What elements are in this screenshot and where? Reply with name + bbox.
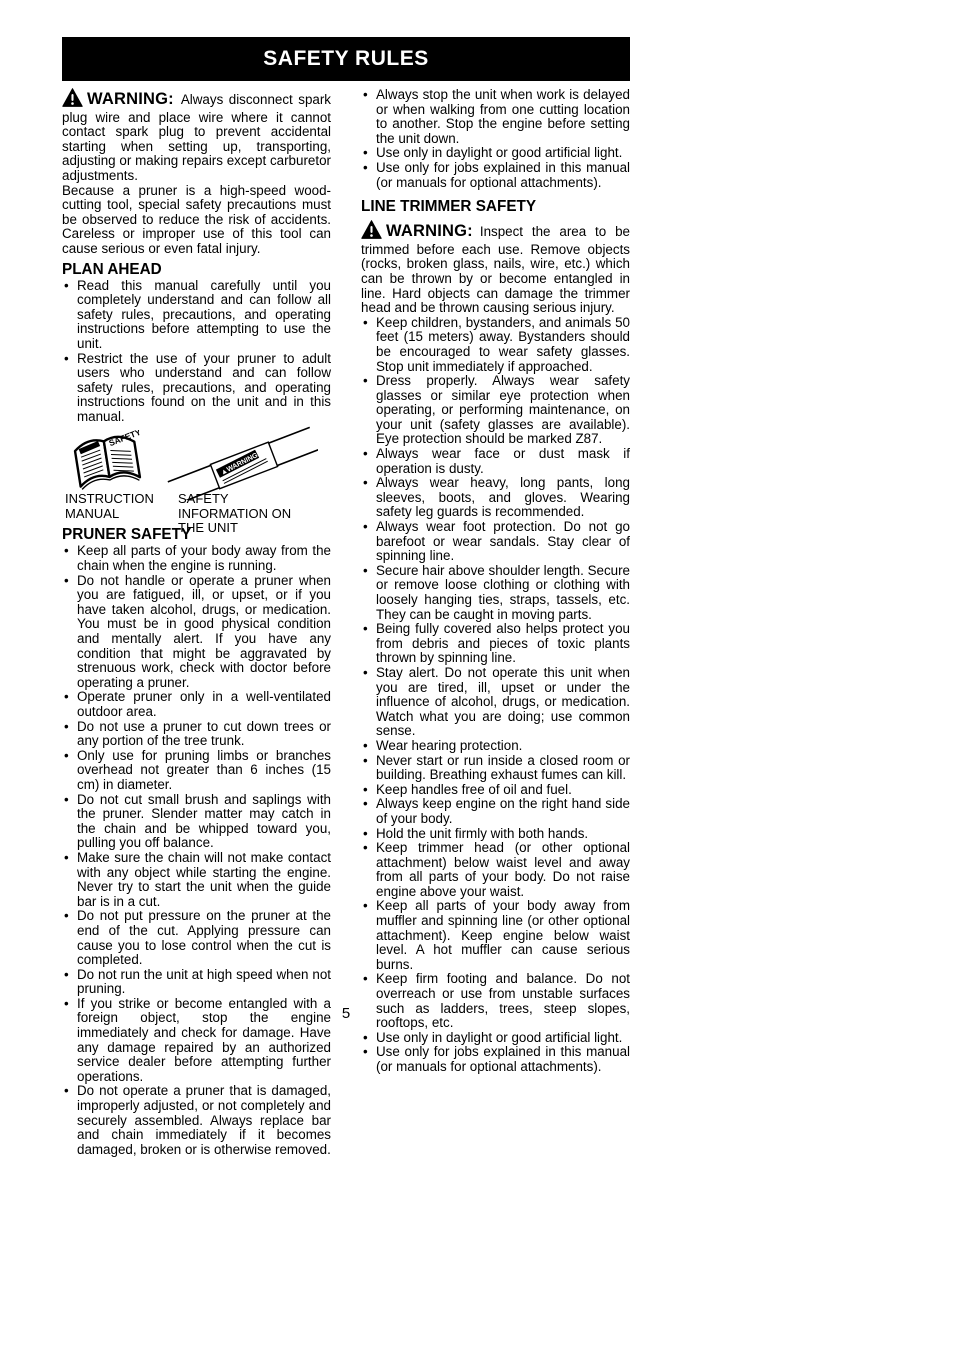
warning-label: WARNING: — [386, 222, 473, 240]
warning-triangle-icon — [62, 88, 83, 111]
bullet-item: Use only for jobs explained in this manu… — [361, 161, 630, 190]
bullet-item: Read this manual carefully until you com… — [62, 279, 331, 352]
bullet-item: Hold the unit firmly with both hands. — [361, 827, 630, 842]
figure-caption-safety-information: SAFETY INFORMATION ON THE UNIT — [178, 492, 320, 536]
bullet-item: Always stop the unit when work is delaye… — [361, 88, 630, 146]
left-column: WARNING:Always disconnect spark plug wir… — [62, 88, 331, 1157]
list-plan-ahead: Read this manual carefully until you com… — [62, 279, 331, 425]
bullet-item: Keep all parts of your body away from mu… — [361, 899, 630, 972]
bullet-item: Keep handles free of oil and fuel. — [361, 783, 630, 798]
bullet-item: Operate pruner only in a well-ventilated… — [62, 690, 331, 719]
bullet-item: Always wear foot protection. Do not go b… — [361, 520, 630, 564]
bullet-item: Do not run the unit at high speed when n… — [62, 968, 331, 997]
bullet-item: Do not handle or operate a pruner when y… — [62, 574, 331, 691]
list-line-trimmer-safety: Keep children, bystanders, and animals 5… — [361, 316, 630, 1075]
bullet-item: Do not put pressure on the pruner at the… — [62, 909, 331, 967]
list-pruner-safety: Keep all parts of your body away from th… — [62, 544, 331, 1157]
warning-label: WARNING: — [87, 90, 174, 108]
bullet-item: Use only in daylight or good artificial … — [361, 146, 630, 161]
figure-row: SAFETY — [62, 430, 331, 522]
list-pruner-safety-continued: Always stop the unit when work is delaye… — [361, 88, 630, 190]
bullet-item: Do not use a pruner to cut down trees or… — [62, 720, 331, 749]
right-column: Always stop the unit when work is delaye… — [361, 88, 630, 1157]
bullet-item: Always wear face or dust mask if operati… — [361, 447, 630, 476]
bullet-item: Do not cut small brush and saplings with… — [62, 793, 331, 851]
page-title: SAFETY RULES — [263, 47, 428, 71]
bullet-item: Restrict the use of your pruner to adult… — [62, 352, 331, 425]
bullet-item: Keep trimmer head (or other optional att… — [361, 841, 630, 899]
bullet-item: Only use for pruning limbs or branches o… — [62, 749, 331, 793]
bullet-item: Being fully covered also helps protect y… — [361, 622, 630, 666]
bullet-item: Stay alert. Do not operate this unit whe… — [361, 666, 630, 739]
bullet-item: Do not operate a pruner that is damaged,… — [62, 1084, 331, 1157]
figure-caption-instruction-manual: INSTRUCTION MANUAL — [65, 492, 160, 521]
two-column-layout: WARNING:Always disconnect spark plug wir… — [62, 88, 630, 1157]
bullet-item: Always wear heavy, long pants, long slee… — [361, 476, 630, 520]
warning-triangle-icon — [361, 220, 382, 243]
bullet-item: Dress properly. Always wear safety glass… — [361, 374, 630, 447]
bullet-item: Keep children, bystanders, and animals 5… — [361, 316, 630, 374]
heading-plan-ahead: PLAN AHEAD — [62, 261, 331, 278]
page-number: 5 — [62, 1005, 630, 1022]
bullet-item: Use only in daylight or good artificial … — [361, 1031, 630, 1046]
bullet-item: Make sure the chain will not make contac… — [62, 851, 331, 909]
bullet-item: Keep firm footing and balance. Do not ov… — [361, 972, 630, 1030]
warning-block-pruner: WARNING:Always disconnect spark plug wir… — [62, 88, 331, 184]
warning-block-line-trimmer: WARNING:Inspect the area to be trimmed b… — [361, 220, 630, 316]
manual-page: SAFETY RULES WARNING:Always disconnect s… — [0, 0, 954, 1348]
bullet-item: Wear hearing protection. — [361, 739, 630, 754]
bullet-item: Never start or run inside a closed room … — [361, 754, 630, 783]
title-bar: SAFETY RULES — [62, 37, 630, 81]
instruction-manual-icon: SAFETY — [68, 430, 148, 496]
bullet-item: Secure hair above shoulder length. Secur… — [361, 564, 630, 622]
bullet-item: Keep all parts of your body away from th… — [62, 544, 331, 573]
bullet-item: Always keep engine on the right hand sid… — [361, 797, 630, 826]
heading-line-trimmer-safety: LINE TRIMMER SAFETY — [361, 198, 630, 215]
bullet-item: Use only for jobs explained in this manu… — [361, 1045, 630, 1074]
page-content: SAFETY RULES WARNING:Always disconnect s… — [62, 37, 630, 1157]
intro-paragraph: Because a pruner is a high-speed wood-cu… — [62, 184, 331, 257]
